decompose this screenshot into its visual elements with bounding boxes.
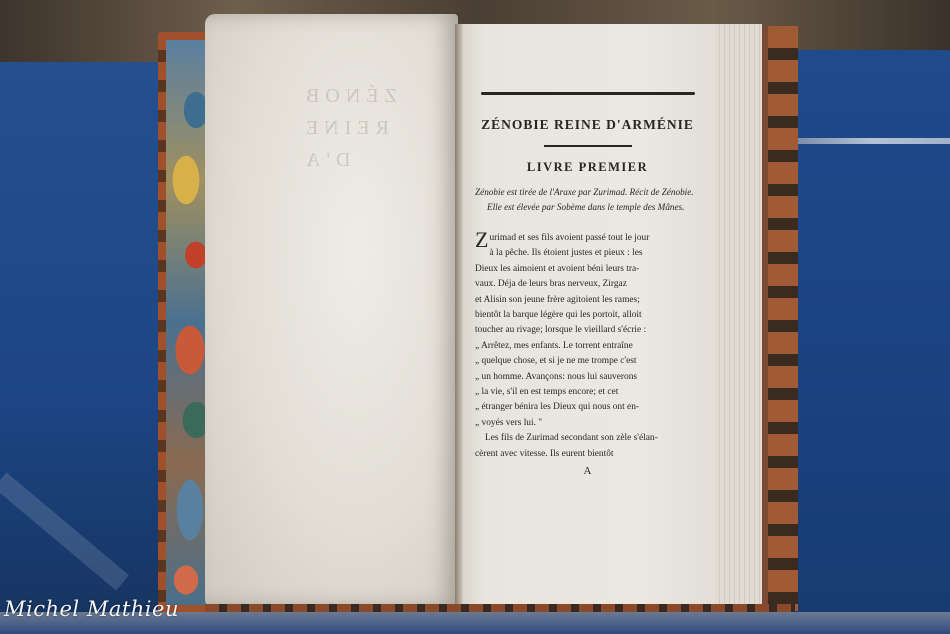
chapter-summary: Zénobie est tirée de l'Araxe par Zurimad…	[475, 185, 700, 215]
body-line: Dieux les aimoient et avoient béni leurs…	[475, 262, 700, 277]
body-line: vaux. Déja de leurs bras nerveux, Zirgaz	[475, 277, 700, 292]
top-rule	[481, 92, 695, 95]
page-text-block: ZÉNOBIE REINE D'ARMÉNIE LIVRE PREMIER Zé…	[475, 92, 700, 480]
quote-line: un homme. Avançons: nous lui sauverons	[475, 370, 700, 385]
quote-line: étranger bénira les Dieux qui nous ont e…	[475, 400, 700, 415]
title-rule	[544, 145, 632, 147]
quote-line: Arrêtez, mes enfants. Le torrent entraîn…	[475, 339, 700, 354]
signature-mark: A	[475, 464, 700, 479]
book-gutter	[455, 24, 463, 609]
quote-line: la vie, s'il en est temps encore; et cet	[475, 385, 700, 400]
show-through-text: ZÉNOB REINE D'A	[300, 80, 450, 176]
body-line: bientôt la barque légère qui les portoit…	[475, 308, 700, 323]
body-line: à la pêche. Ils étoient justes et pieux …	[475, 246, 700, 261]
show-through-line-1: ZÉNOB	[300, 80, 450, 112]
photographer-watermark: Michel Mathieu	[4, 597, 179, 621]
body-line: Les fils de Zurimad secondant son zèle s…	[475, 431, 700, 446]
glass-shelf-reflection	[795, 138, 950, 144]
body-line: Zurimad et ses fils avoient passé tout l…	[475, 231, 700, 246]
body-line: et Alisin son jeune frère agitoient les …	[475, 293, 700, 308]
body-line: cèrent avec vitesse. Ils eurent bientôt	[475, 447, 700, 462]
drop-cap: Z	[475, 231, 488, 249]
quote-line: quelque chose, et si je ne me trompe c'e…	[475, 354, 700, 369]
page-title: ZÉNOBIE REINE D'ARMÉNIE	[475, 117, 700, 133]
book-cover-right	[762, 26, 798, 611]
quote-line: voyés vers lui. "	[475, 416, 700, 431]
book-heading: LIVRE PREMIER	[475, 160, 700, 175]
page-fore-edge	[715, 24, 762, 610]
photo-scene: ZÉNOB REINE D'A ZÉNOBIE REINE D'ARMÉNIE …	[0, 0, 950, 634]
body-line: toucher au rivage; lorsque le vieillard …	[475, 323, 700, 338]
show-through-line-2: REINE D'A	[300, 112, 450, 176]
body-text: Zurimad et ses fils avoient passé tout l…	[475, 231, 700, 480]
